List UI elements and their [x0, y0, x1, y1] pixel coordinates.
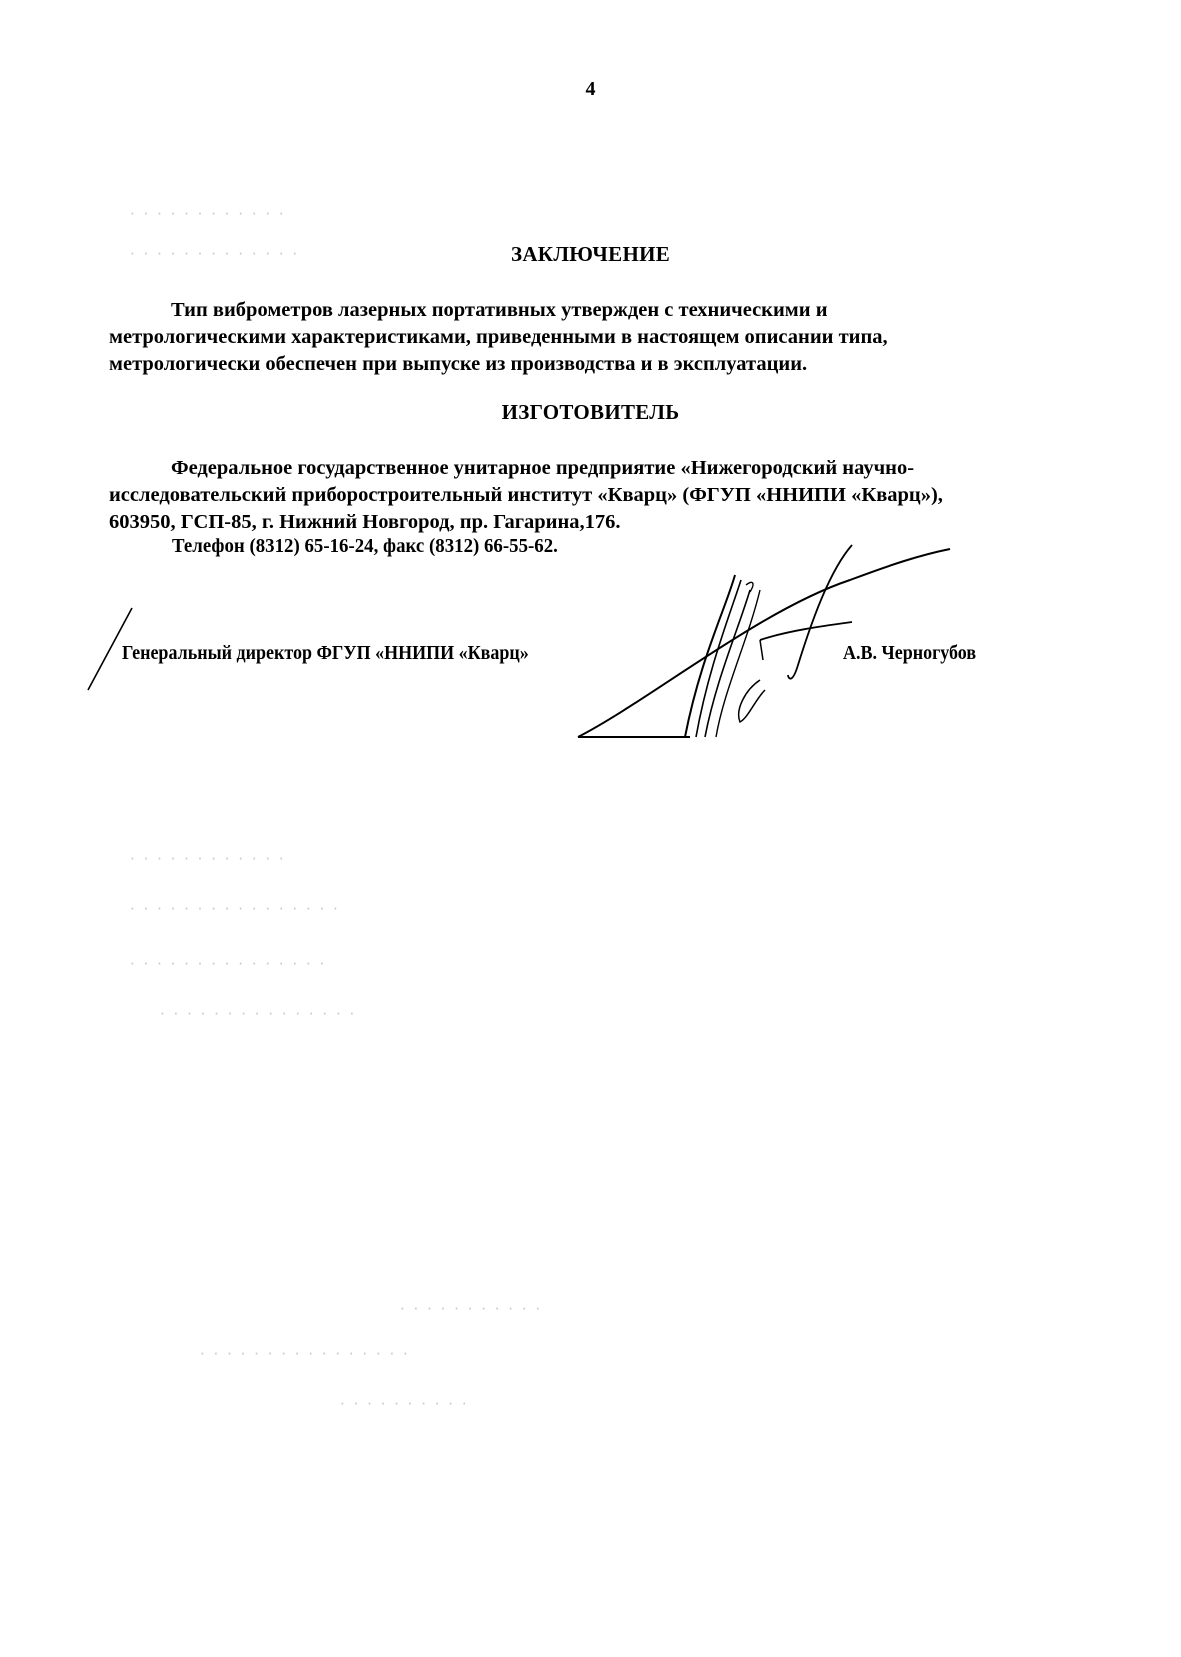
scan-noise: · · · · · · · · · · · · · · ·: [130, 955, 326, 973]
conclusion-line-2: метрологическими характеристиками, приве…: [109, 324, 1039, 351]
scan-noise: · · · · · · · · · ·: [340, 1395, 469, 1413]
scan-noise: · · · · · · · · · · · · · · · ·: [200, 1345, 410, 1363]
scan-noise: · · · · · · · · · · · ·: [130, 850, 286, 868]
page-number: 4: [0, 78, 1181, 101]
signatory-name: А.В. Черногубов: [843, 642, 976, 665]
manufacturer-line-2: исследовательский приборостроительный ин…: [109, 482, 1039, 509]
conclusion-paragraph: Тип виброметров лазерных портативных утв…: [109, 297, 1039, 378]
manufacturer-address: 603950, ГСП-85, г. Нижний Новгород, пр. …: [109, 509, 1039, 536]
conclusion-heading: ЗАКЛЮЧЕНИЕ: [0, 242, 1181, 267]
signatory-title: Генеральный директор ФГУП «ННИПИ «Кварц»: [122, 642, 529, 665]
scan-noise: · · · · · · · · · · · ·: [130, 205, 286, 223]
manufacturer-paragraph: Федеральное государственное унитарное пр…: [109, 455, 1039, 536]
phone-fax-line: Телефон (8312) 65-16-24, факс (8312) 66-…: [172, 535, 558, 558]
conclusion-line-1: Тип виброметров лазерных портативных утв…: [109, 297, 1039, 324]
manufacturer-line-1: Федеральное государственное унитарное пр…: [109, 455, 1039, 482]
conclusion-line-3: метрологически обеспечен при выпуске из …: [109, 351, 1039, 378]
scan-noise: · · · · · · · · · · ·: [400, 1300, 542, 1318]
scan-noise: · · · · · · · · · · · · · · · ·: [130, 900, 340, 918]
manufacturer-heading: ИЗГОТОВИТЕЛЬ: [0, 400, 1181, 425]
scan-noise: · · · · · · · · · · · · · · ·: [160, 1005, 356, 1023]
